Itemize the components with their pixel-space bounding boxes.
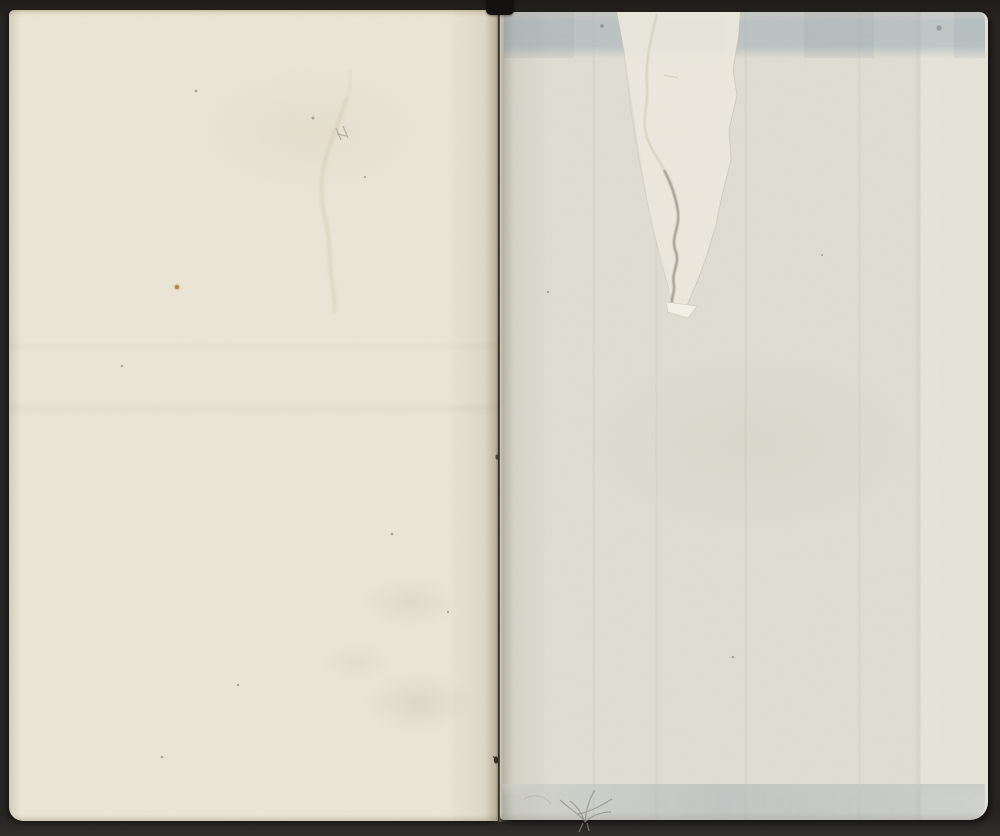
book-gutter [485,10,513,822]
spine-notch [486,0,514,15]
right-page [500,12,988,820]
book-scan [0,0,1000,836]
left-page [9,10,498,821]
top-offset-band [504,12,985,58]
bottom-offset-band [502,784,985,820]
